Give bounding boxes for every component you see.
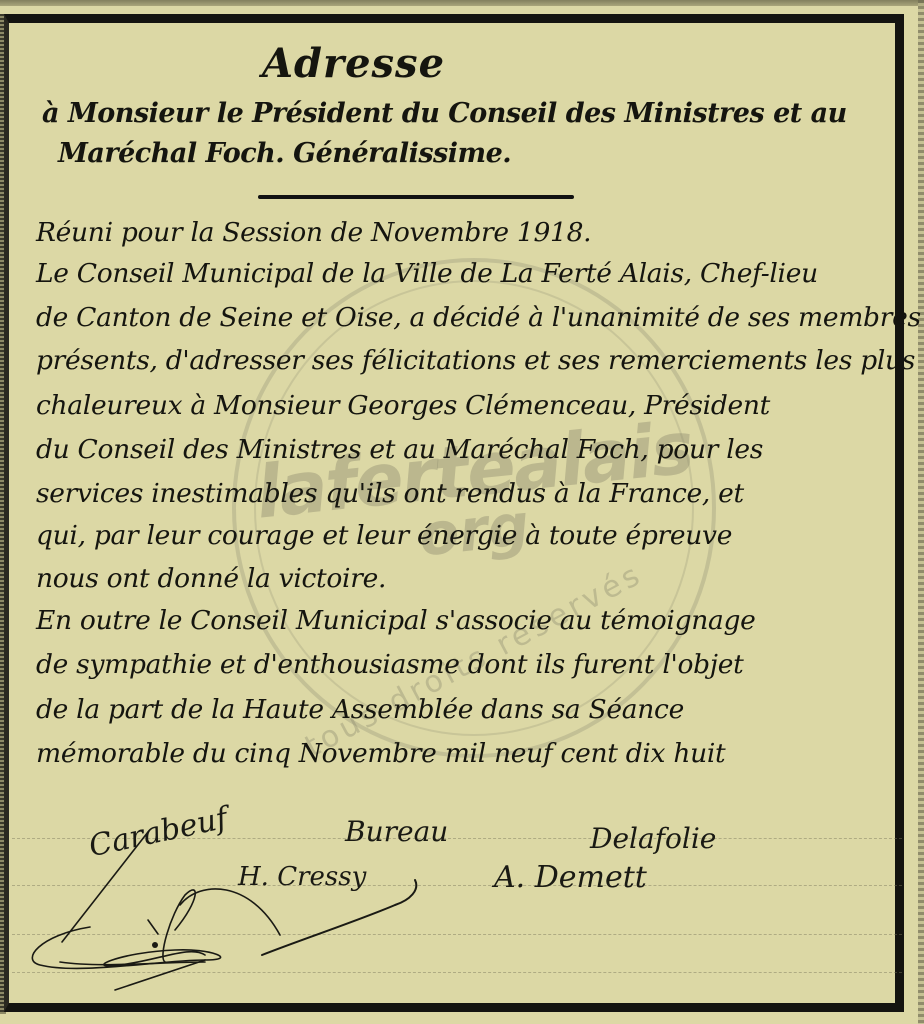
body-line-8: qui, par leur courage et leur énergie à …: [36, 520, 732, 551]
addressee-line-1: à Monsieur le Président du Conseil des M…: [42, 98, 847, 129]
signature-5: A. Demett: [494, 860, 647, 895]
body-line-1: Réuni pour la Session de Novembre 1918.: [36, 217, 591, 248]
body-line-3: de Canton de Seine et Oise, a décidé à l…: [36, 302, 921, 333]
title-underline: [258, 195, 574, 199]
top-edge-rule: [0, 0, 924, 6]
document-title: Adresse: [262, 40, 445, 87]
body-line-11: de sympathie et d'enthousiasme dont ils …: [36, 649, 743, 680]
addressee-line-2: Maréchal Foch. Généralissime.: [58, 138, 511, 169]
body-line-9: nous ont donné la victoire.: [36, 563, 386, 594]
body-line-4: présents, d'adresser ses félicitations e…: [36, 345, 915, 376]
body-line-6: du Conseil des Ministres et au Maréchal …: [36, 434, 763, 465]
body-line-10: En outre le Conseil Municipal s'associe …: [36, 605, 756, 636]
signature-2: Bureau: [345, 815, 448, 848]
signature-3: Delafolie: [590, 822, 716, 855]
body-line-13: mémorable du cinq Novembre mil neuf cent…: [36, 738, 725, 769]
body-line-5: chaleureux à Monsieur Georges Clémenceau…: [36, 390, 770, 421]
ruled-line: [12, 934, 902, 935]
ruled-line: [12, 885, 902, 886]
ruled-line: [12, 972, 902, 973]
body-line-12: de la part de la Haute Assemblée dans sa…: [36, 694, 684, 725]
signature-4: H. Cressy: [238, 862, 366, 892]
body-line-7: services inestimables qu'ils ont rendus …: [36, 478, 744, 509]
body-line-2: Le Conseil Municipal de la Ville de La F…: [36, 258, 818, 289]
document-page: lafertealais org tous droits réservés Ad…: [0, 0, 924, 1024]
right-page-edge: [918, 0, 924, 1024]
